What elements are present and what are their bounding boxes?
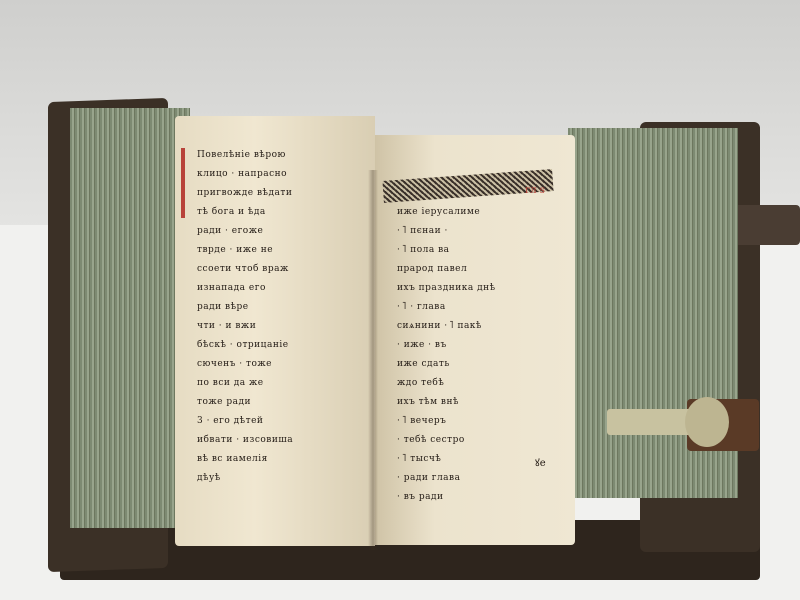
text-line: тѣ бога и ѣда	[197, 203, 365, 222]
text-line: Повелѣніе вѣрою	[197, 146, 365, 165]
text-line: дѣуѣ	[197, 469, 365, 488]
text-line: ждо тебѣ	[397, 374, 565, 393]
lower-clasp	[607, 395, 757, 455]
text-line: чти · и вжи	[197, 317, 365, 336]
text-line: · въ ради	[397, 488, 565, 507]
text-line: · ǀ̄ · глава	[397, 298, 565, 317]
text-line: изнапада его	[197, 279, 365, 298]
margin-note: гл ѕ	[525, 185, 545, 196]
red-initial	[181, 148, 197, 218]
text-line: тоже ради	[197, 393, 365, 412]
text-line: пригвожде вѣдати	[197, 184, 365, 203]
text-line: сиѧнини · ǀ̄ пакѣ	[397, 317, 565, 336]
text-line: · ǀ̄ пєнаи ·	[397, 222, 565, 241]
clasp-head	[685, 397, 729, 447]
text-line: иже іерусалиме	[397, 203, 565, 222]
text-line: ихъ тѣм внѣ	[397, 393, 565, 412]
left-page: Повелѣніе вѣрою клицо · напрасно пригвож…	[175, 116, 375, 546]
text-line: вѣ вс иамелія	[197, 450, 365, 469]
text-line: иже сдать	[397, 355, 565, 374]
text-line: · ради глава	[397, 469, 565, 488]
text-line: по вси да же	[197, 374, 365, 393]
text-line: 3 · его дѣтей	[197, 412, 365, 431]
folio-mark: ꙋе	[535, 455, 546, 469]
text-line: бѣскѣ · отрицаніе	[197, 336, 365, 355]
text-line: · иже · въ	[397, 336, 565, 355]
text-line: тврде · иже не	[197, 241, 365, 260]
page-edges-left	[70, 108, 190, 528]
right-page: иже іерусалиме · ǀ̄ пєнаи · · ǀ̄ пола ва…	[375, 135, 575, 545]
text-line: клицо · напрасно	[197, 165, 365, 184]
text-line: ихъ праздника днѣ	[397, 279, 565, 298]
text-line: прарод павел	[397, 260, 565, 279]
text-line: · ǀ̄ пола ва	[397, 241, 565, 260]
text-line: ссоети чтоб враж	[197, 260, 365, 279]
text-line: сюченъ · тоже	[197, 355, 365, 374]
book-gutter	[368, 170, 378, 550]
left-page-text: Повелѣніе вѣрою клицо · напрасно пригвож…	[197, 146, 365, 488]
text-line: · ǀ̄ вечеръ	[397, 412, 565, 431]
text-line: ибвати · изсовиша	[197, 431, 365, 450]
text-line: · тебѣ сестро	[397, 431, 565, 450]
text-line: ради вѣре	[197, 298, 365, 317]
text-line: ради · егоже	[197, 222, 365, 241]
